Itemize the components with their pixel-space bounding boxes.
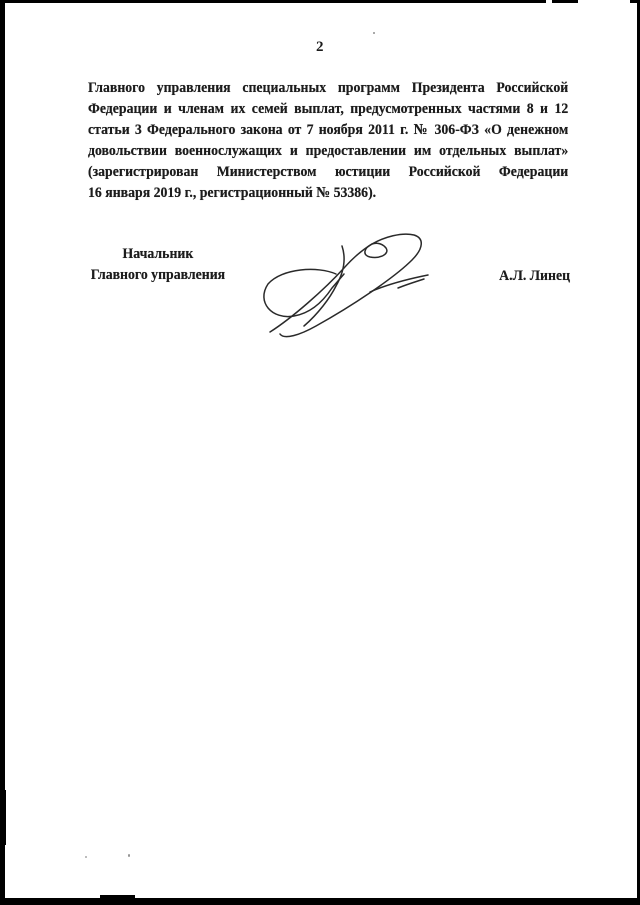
- scan-speck: [128, 854, 130, 857]
- scan-speck: [373, 32, 375, 34]
- scan-speck: [85, 856, 87, 858]
- signer-title-line1: Начальник: [88, 244, 228, 265]
- handwritten-signature-icon: [240, 224, 450, 342]
- paragraph-line: (зарегистрирован Министерством юстиции Р…: [88, 162, 568, 183]
- paragraph-line: Главного управления специальных программ…: [88, 78, 568, 99]
- scan-border-gap: [546, 0, 552, 3]
- signer-title: Начальник Главного управления: [88, 244, 228, 286]
- paragraph-line: 16 января 2019 г., регистрационный № 533…: [88, 183, 568, 204]
- scanned-document-page: 2 Главного управления специальных програ…: [0, 0, 640, 905]
- paragraph-line: довольствии военнослужащих и предоставле…: [88, 141, 568, 162]
- signer-name: А.Л. Линец: [499, 268, 570, 285]
- paragraph-line: Федерации и членам их семей выплат, пред…: [88, 99, 568, 120]
- signer-title-line2: Главного управления: [88, 265, 228, 286]
- scan-border-artifact: [0, 790, 6, 845]
- body-paragraph: Главного управления специальных программ…: [88, 78, 568, 204]
- scan-border-artifact: [100, 895, 135, 901]
- paragraph-line: статьи 3 Федерального закона от 7 ноября…: [88, 120, 568, 141]
- page-number: 2: [0, 39, 640, 56]
- scan-border-gap: [578, 0, 630, 3]
